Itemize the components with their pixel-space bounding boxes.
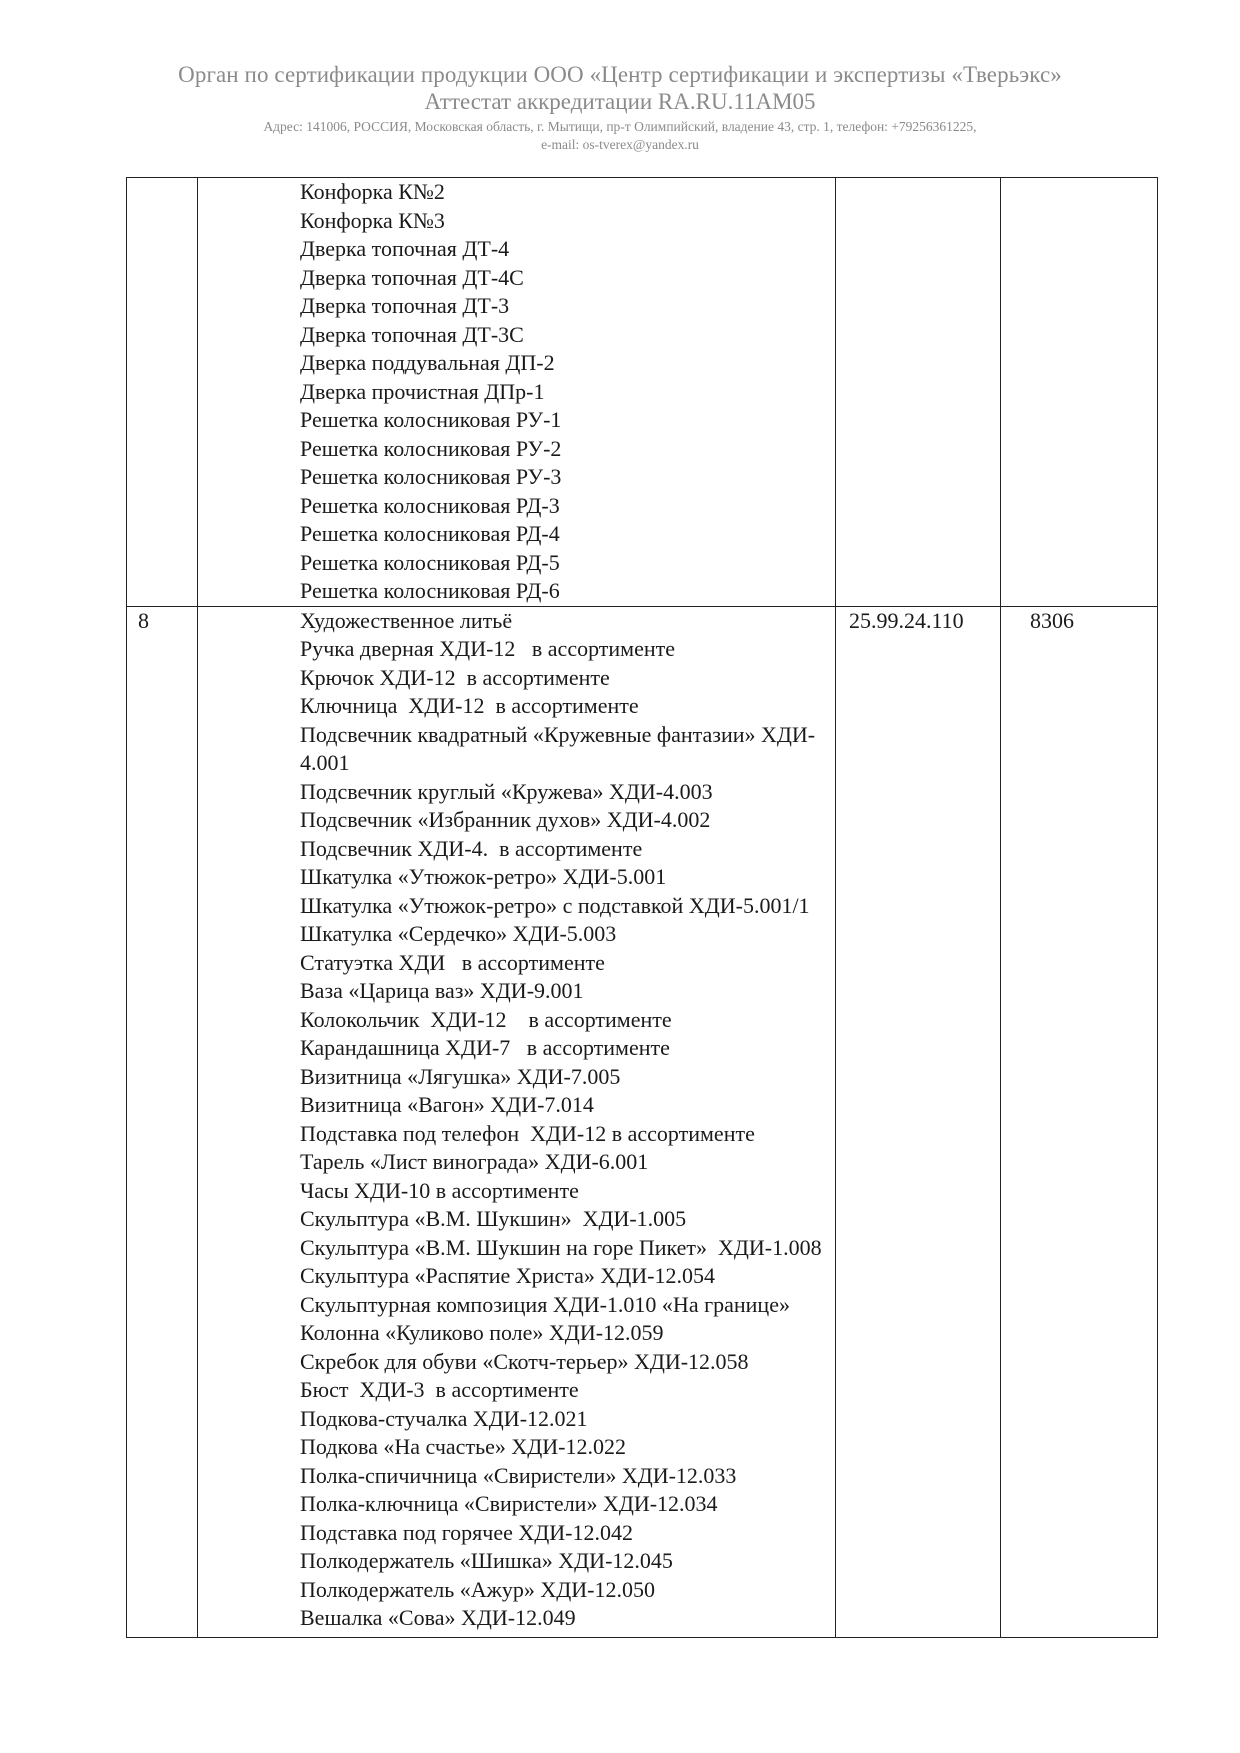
product-item: Дверка топочная ДТ-4	[300, 235, 827, 264]
product-item: Визитница «Вагон» ХДИ-7.014	[300, 1091, 827, 1120]
product-item: Подставка под телефон ХДИ-12 в ассортиме…	[300, 1120, 827, 1149]
product-item: Полкодержатель «Шишка» ХДИ-12.045	[300, 1547, 827, 1576]
product-item: Бюст ХДИ-3 в ассортименте	[300, 1376, 827, 1405]
product-item: Тарель «Лист винограда» ХДИ-6.001	[300, 1148, 827, 1177]
product-item: Дверка прочистная ДПр-1	[300, 378, 827, 407]
product-item: Скульптурная композиция ХДИ-1.010 «На гр…	[300, 1291, 827, 1320]
product-item: Конфорка К№2	[300, 178, 827, 207]
product-item: Подсвечник ХДИ-4. в ассортименте	[300, 835, 827, 864]
product-item: Скребок для обуви «Скотч-терьер» ХДИ-12.…	[300, 1348, 827, 1377]
table-row: 8Художественное литьёРучка дверная ХДИ-1…	[127, 606, 1158, 1637]
product-item: Статуэтка ХДИ в ассортименте	[300, 949, 827, 978]
product-item: Колонна «Куликово поле» ХДИ-12.059	[300, 1319, 827, 1348]
product-item: Ваза «Царица ваз» ХДИ-9.001	[300, 977, 827, 1006]
product-item: Дверка поддувальная ДП-2	[300, 349, 827, 378]
product-list: Художественное литьёРучка дверная ХДИ-12…	[198, 606, 836, 1637]
product-item: Карандашница ХДИ-7 в ассортименте	[300, 1034, 827, 1063]
product-item: Часы ХДИ-10 в ассортименте	[300, 1177, 827, 1206]
product-item: Скульптура «Распятие Христа» ХДИ-12.054	[300, 1262, 827, 1291]
accreditation-certificate: Аттестат аккредитации RA.RU.11AM05	[0, 89, 1240, 115]
product-item: Крючок ХДИ-12 в ассортименте	[300, 664, 827, 693]
product-item: Решетка колосниковая РД-3	[300, 492, 827, 521]
product-item: Полка-спичичница «Свиристели» ХДИ-12.033	[300, 1462, 827, 1491]
product-item: Дверка топочная ДТ-3С	[300, 321, 827, 350]
product-item: Полка-ключница «Свиристели» ХДИ-12.034	[300, 1490, 827, 1519]
product-item: Визитница «Лягушка» ХДИ-7.005	[300, 1063, 827, 1092]
product-item: Колокольчик ХДИ-12 в ассортименте	[300, 1006, 827, 1035]
product-item: Шкатулка «Утюжок-ретро» ХДИ-5.001	[300, 863, 827, 892]
product-item: Художественное литьё	[300, 607, 827, 636]
products-table: Конфорка К№2Конфорка К№3Дверка топочная …	[126, 177, 1158, 1638]
product-item: Скульптура «В.М. Шукшин» ХДИ-1.005	[300, 1205, 827, 1234]
product-item: Решетка колосниковая РД-4	[300, 520, 827, 549]
product-item: Подсвечник круглый «Кружева» ХДИ-4.003	[300, 778, 827, 807]
certification-body-title: Орган по сертификации продукции ООО «Цен…	[0, 62, 1240, 88]
email-line: e-mail: os-tverex@yandex.ru	[0, 137, 1240, 153]
row-number: 8	[127, 606, 198, 1637]
product-item: Ручка дверная ХДИ-12 в ассортименте	[300, 635, 827, 664]
product-item: Решетка колосниковая РУ-1	[300, 406, 827, 435]
okpd-code	[836, 178, 1001, 607]
row-number	[127, 178, 198, 607]
product-item: Ключница ХДИ-12 в ассортименте	[300, 692, 827, 721]
product-item: Решетка колосниковая РД-5	[300, 549, 827, 578]
tn-ved-code	[1001, 178, 1158, 607]
product-item: Подкова «На счастье» ХДИ-12.022	[300, 1433, 827, 1462]
product-item: Подсвечник «Избранник духов» ХДИ-4.002	[300, 806, 827, 835]
product-item: Шкатулка «Сердечко» ХДИ-5.003	[300, 920, 827, 949]
product-item: Дверка топочная ДТ-4С	[300, 264, 827, 293]
product-item: Скульптура «В.М. Шукшин на горе Пикет» Х…	[300, 1234, 827, 1263]
okpd-code: 25.99.24.110	[836, 606, 1001, 1637]
product-item: Шкатулка «Утюжок-ретро» с подставкой ХДИ…	[300, 892, 827, 921]
product-item: 4.001	[300, 749, 827, 778]
product-item: Дверка топочная ДТ-3	[300, 292, 827, 321]
tn-ved-code: 8306	[1001, 606, 1158, 1637]
product-item: Конфорка К№3	[300, 207, 827, 236]
address-line: Адрес: 141006, РОССИЯ, Московская област…	[0, 119, 1240, 135]
table-row: Конфорка К№2Конфорка К№3Дверка топочная …	[127, 178, 1158, 607]
product-item: Вешалка «Сова» ХДИ-12.049	[300, 1604, 827, 1633]
product-item: Решетка колосниковая РУ-2	[300, 435, 827, 464]
product-list: Конфорка К№2Конфорка К№3Дверка топочная …	[198, 178, 836, 607]
product-item: Решетка колосниковая РУ-3	[300, 463, 827, 492]
product-item: Подкова-стучалка ХДИ-12.021	[300, 1405, 827, 1434]
product-item: Подставка под горячее ХДИ-12.042	[300, 1519, 827, 1548]
product-item: Подсвечник квадратный «Кружевные фантази…	[300, 721, 827, 750]
product-item: Полкодержатель «Ажур» ХДИ-12.050	[300, 1576, 827, 1605]
product-item: Решетка колосниковая РД-6	[300, 577, 827, 606]
